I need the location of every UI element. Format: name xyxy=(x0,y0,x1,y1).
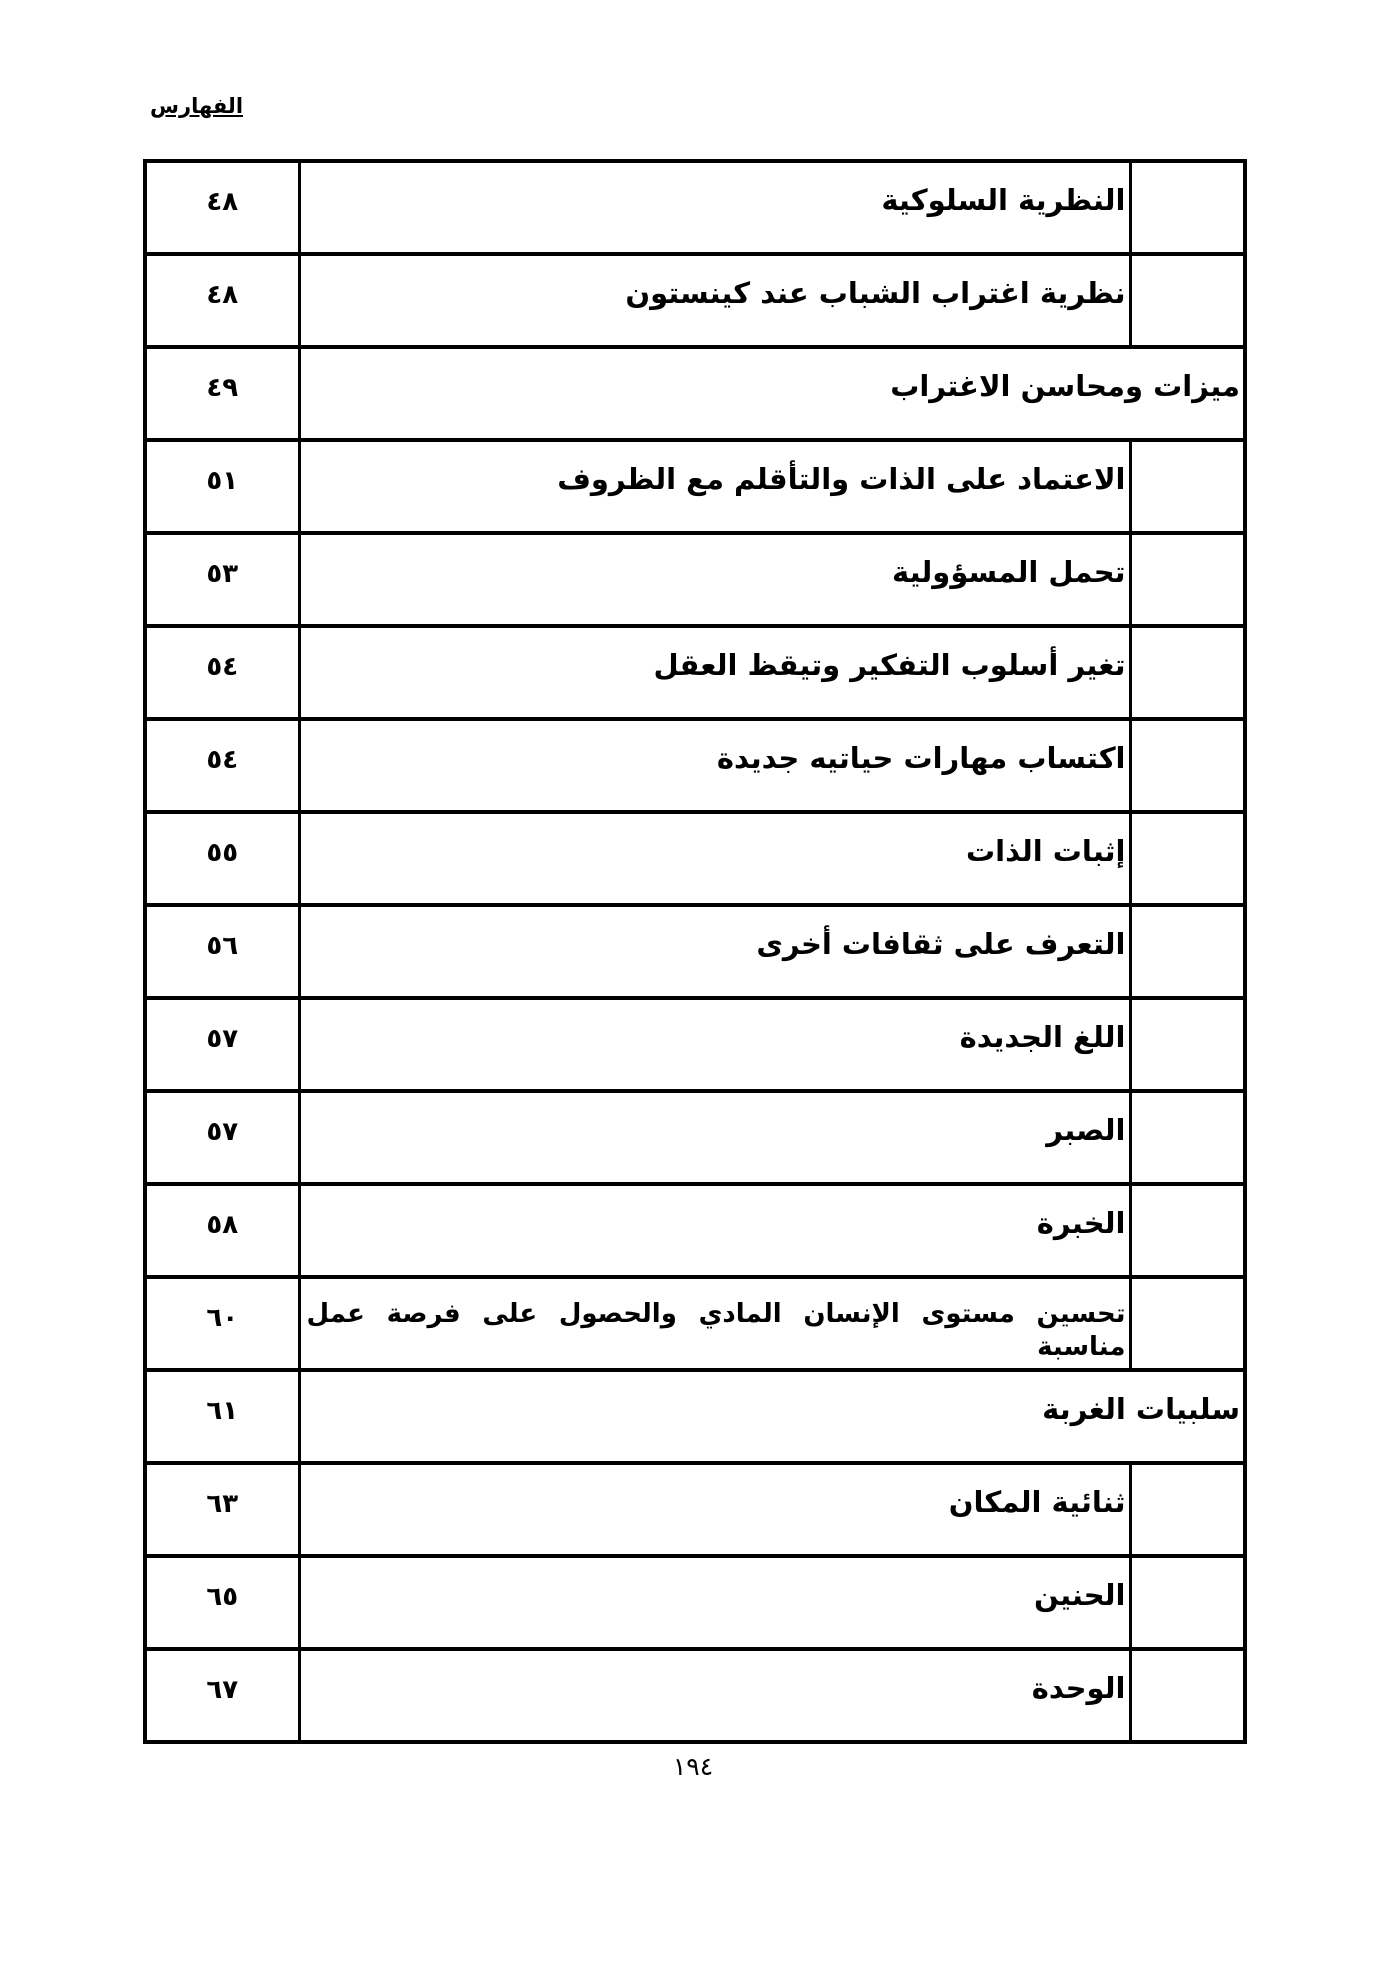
table-row: تحمل المسؤولية٥٣ xyxy=(145,533,1245,626)
toc-entry-spacer-cell xyxy=(1130,161,1245,254)
toc-entry-title: الصبر xyxy=(299,1091,1130,1184)
running-header: الفهارس xyxy=(150,94,243,118)
toc-table: النظرية السلوكية٤٨نظرية اغتراب الشباب عن… xyxy=(143,159,1247,1744)
toc-entry-title: الخبرة xyxy=(299,1184,1130,1277)
toc-entry-page: ٥٤ xyxy=(145,719,299,812)
table-row: اللغ الجديدة٥٧ xyxy=(145,998,1245,1091)
toc-entry-spacer-cell xyxy=(1130,1277,1245,1370)
toc-entry-page: ٦٥ xyxy=(145,1556,299,1649)
toc-entry-spacer-cell xyxy=(1130,1184,1245,1277)
toc-entry-page: ٦٠ xyxy=(145,1277,299,1370)
table-row: ثنائية المكان٦٣ xyxy=(145,1463,1245,1556)
table-row: اكتساب مهارات حياتيه جديدة٥٤ xyxy=(145,719,1245,812)
toc-entry-title: إثبات الذات xyxy=(299,812,1130,905)
toc-entry-spacer-cell xyxy=(1130,998,1245,1091)
table-row: ميزات ومحاسن الاغتراب٤٩ xyxy=(145,347,1245,440)
toc-entry-page: ٥١ xyxy=(145,440,299,533)
toc-entry-spacer-cell xyxy=(1130,254,1245,347)
toc-entry-spacer-cell xyxy=(1130,1091,1245,1184)
table-row: نظرية اغتراب الشباب عند كينستون٤٨ xyxy=(145,254,1245,347)
table-row: إثبات الذات٥٥ xyxy=(145,812,1245,905)
table-row: النظرية السلوكية٤٨ xyxy=(145,161,1245,254)
toc-entry-title: الاعتماد على الذات والتأقلم مع الظروف xyxy=(299,440,1130,533)
toc-entry-spacer-cell xyxy=(1130,1556,1245,1649)
toc-entry-title: الحنين xyxy=(299,1556,1130,1649)
toc-entry-page: ٦٧ xyxy=(145,1649,299,1742)
toc-entry-spacer-cell xyxy=(1130,719,1245,812)
toc-entry-title: اكتساب مهارات حياتيه جديدة xyxy=(299,719,1130,812)
toc-entry-title: التعرف على ثقافات أخرى xyxy=(299,905,1130,998)
table-row: الاعتماد على الذات والتأقلم مع الظروف٥١ xyxy=(145,440,1245,533)
toc-entry-page: ٥٨ xyxy=(145,1184,299,1277)
toc-entry-title: النظرية السلوكية xyxy=(299,161,1130,254)
toc-entry-title: ثنائية المكان xyxy=(299,1463,1130,1556)
table-row: الخبرة٥٨ xyxy=(145,1184,1245,1277)
toc-entry-title: تغير أسلوب التفكير وتيقظ العقل xyxy=(299,626,1130,719)
toc-entry-page: ٦١ xyxy=(145,1370,299,1463)
table-row: التعرف على ثقافات أخرى٥٦ xyxy=(145,905,1245,998)
toc-entry-title: اللغ الجديدة xyxy=(299,998,1130,1091)
toc-entry-page: ٥٧ xyxy=(145,998,299,1091)
toc-entry-page: ٦٣ xyxy=(145,1463,299,1556)
toc-entry-title: الوحدة xyxy=(299,1649,1130,1742)
toc-table-body: النظرية السلوكية٤٨نظرية اغتراب الشباب عن… xyxy=(145,161,1245,1742)
toc-entry-spacer-cell xyxy=(1130,626,1245,719)
document-page: الفهارس النظرية السلوكية٤٨نظرية اغتراب ا… xyxy=(0,0,1386,1970)
toc-entry-spacer-cell xyxy=(1130,440,1245,533)
toc-entry-spacer-cell xyxy=(1130,1649,1245,1742)
toc-entry-page: ٤٩ xyxy=(145,347,299,440)
table-row: الحنين٦٥ xyxy=(145,1556,1245,1649)
toc-entry-spacer-cell xyxy=(1130,812,1245,905)
table-row: الصبر٥٧ xyxy=(145,1091,1245,1184)
toc-entry-page: ٤٨ xyxy=(145,161,299,254)
toc-entry-page: ٤٨ xyxy=(145,254,299,347)
toc-entry-spacer-cell xyxy=(1130,905,1245,998)
page-number: ١٩٤ xyxy=(0,1752,1386,1781)
toc-entry-page: ٥٣ xyxy=(145,533,299,626)
toc-entry-title: نظرية اغتراب الشباب عند كينستون xyxy=(299,254,1130,347)
toc-entry-title: ميزات ومحاسن الاغتراب xyxy=(299,347,1245,440)
toc-entry-title: سلبيات الغربة xyxy=(299,1370,1245,1463)
toc-entry-title: تحمل المسؤولية xyxy=(299,533,1130,626)
toc-entry-page: ٥٥ xyxy=(145,812,299,905)
toc-entry-page: ٥٦ xyxy=(145,905,299,998)
toc-entry-spacer-cell xyxy=(1130,533,1245,626)
toc-entry-title: تحسين مستوى الإنسان المادي والحصول على ف… xyxy=(299,1277,1130,1370)
table-row: تحسين مستوى الإنسان المادي والحصول على ف… xyxy=(145,1277,1245,1370)
table-row: الوحدة٦٧ xyxy=(145,1649,1245,1742)
toc-entry-spacer-cell xyxy=(1130,1463,1245,1556)
toc-entry-page: ٥٧ xyxy=(145,1091,299,1184)
table-row: سلبيات الغربة٦١ xyxy=(145,1370,1245,1463)
toc-entry-page: ٥٤ xyxy=(145,626,299,719)
table-row: تغير أسلوب التفكير وتيقظ العقل٥٤ xyxy=(145,626,1245,719)
